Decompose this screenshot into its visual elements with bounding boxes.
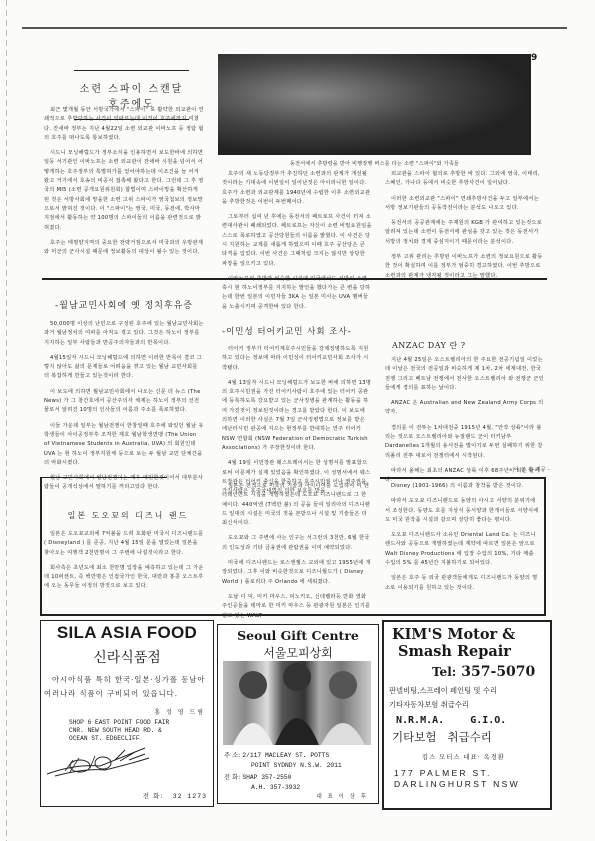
- seoul-title-ko: 서울모피상회: [218, 644, 378, 661]
- paragraph: 일본은 도오꾜교외에 7억불을 드려 호화판 미국식 디즈니랜드를( Disne…: [44, 530, 204, 558]
- seoul-owner: 대 표 이 상 후: [316, 792, 368, 800]
- paragraph: 이 보도에 의하면 월남교민사회에서 나오는 신문 더 뉴스 (The News…: [44, 388, 204, 416]
- disney-box-left: [40, 477, 42, 615]
- paragraph: 일본은 전적으로 미국의 기술과 아이디어를 도입하여 이 엔터테인먼트 시설을…: [222, 482, 372, 528]
- seoul-gift-centre-ad: Seoul Gift Centre 서울모피상회 주 소: 2/117 MACL…: [217, 624, 379, 804]
- paragraph: 4월 13일자 시드니 모닝해럴드가 보도한 바에 의하면 13명의 호주시민권…: [222, 379, 372, 453]
- three-women-photo-icon: [223, 661, 371, 745]
- seoul-address: 주 소: 2/117 MACLEAY ST. POTTS POINT SYDND…: [224, 751, 342, 793]
- photo-caption: 동전서에서 추방령을 받아 비행장행 버스를 타는 소련 "스파이"와 가족들: [290, 160, 540, 167]
- disney-box: [40, 477, 167, 478]
- paragraph: 호주는 태평양지역의 중요한 전략거점으로서 미국과의 우방관계와 미군의 군사…: [44, 239, 204, 258]
- turkish-article: 터어키 정부가 터어키계호주시민들을 강제징병하도록 지원하고 있다는 정보에 …: [222, 345, 372, 502]
- top-rule: [22, 27, 567, 29]
- anzac-byline: - 이 균 홍 제공 -: [480, 466, 550, 475]
- tel-number: 357-5070: [461, 664, 535, 680]
- newspaper-page: 9 소련 스파이 스캔달 호주에도 최근 몇개월 동안 서방국가에서 "스파이"…: [0, 0, 595, 841]
- disney-article-col2: 일본은 전적으로 미국의 기술과 아이디어를 도입하여 이 엔터테인먼트 시설을…: [222, 482, 372, 627]
- paragraph: 도오꾜와 그 주변에 사는 인구는 서그런의 3천만, 6월 한국의 인도성과 …: [222, 534, 372, 553]
- phone-number: 32 1273: [173, 793, 207, 800]
- address-line: CNR. NEW SOUTH HEAD RD. &: [69, 727, 213, 735]
- vegetables-illustration-icon: [45, 746, 155, 780]
- paragraph: 동전서의 공공관계에는 주재원의 KGB 가 관여하고 있는것으로 알려져 있는…: [385, 219, 545, 247]
- paragraph: 미국에 디즈니랜드는 로스앤젤스 교외에 있고 1955년에 개장되었다. 그후…: [222, 559, 372, 587]
- paragraph: 4월15일자 시드니 모닝해럴드에 의하면 이러한 반목이 결코 그렇지 않아도…: [44, 354, 204, 382]
- vietnam-article: 50,000명 이상의 난민으로 구성된 호주에 있는 월남교민사회는 과거 월…: [44, 320, 204, 499]
- paragraph: ANZAC 은 Australian and New Zealand Army …: [385, 399, 545, 418]
- address-line: POINT SYDNDY N.S.W. 2011: [251, 761, 342, 771]
- tel-label: Tel:: [432, 665, 456, 679]
- phone-label: 전 화:: [224, 774, 240, 781]
- spy-article-col3: 외교관을 스파이 혐의로 추방한 바 있다. 그외에 영국, 이태리, 스페인,…: [385, 170, 545, 287]
- kims-service1: 판넬비팅,스프레이 페인팅 및 수리: [389, 684, 546, 697]
- paragraph: Disney (1901-1966) 의 이름과 창작을 받은 것이다.: [385, 482, 540, 491]
- sila-title-ko: 신라식품점: [41, 647, 213, 667]
- kims-address: 177 PALMER ST. DARLINGHURST NSW: [394, 768, 550, 790]
- vietnam-headline: -월남교민사회에 옛 정치후유증: [44, 298, 204, 311]
- disney-headline: 일본 도오꾜의 디즈니 랜드: [48, 510, 208, 521]
- kims-service2: 기타자동차보험 취급수리: [389, 700, 550, 710]
- spy-photo: [218, 54, 531, 155]
- spy-article-col1: 최근 몇개월 동안 서방국가에서 "스파이" 로 활약한 외교관이 연쇄적으로 …: [44, 106, 204, 263]
- paragraph: 경의를 이 전투는 1차대전중 1915년 4월, "안작 상륙"이라 불리는 …: [385, 424, 545, 461]
- address-line: DARLINGHURST NSW: [394, 779, 550, 790]
- spy-article-col2: 호주의 새 노동당정부가 추진하던 소련과의 관계가 개선될것이라는 기대속에 …: [222, 170, 372, 290]
- kims-owner: 킴스 모터스 대표· 옥경환: [422, 752, 550, 761]
- paragraph: 외교관을 스파이 혐의로 추방한 바 있다. 그외에 영국, 이태리, 스페인,…: [385, 170, 545, 189]
- sila-asia-food-ad: SILA ASIA FOOD 신라식품점 아시아식품 특히 한국·일본·싱가폴 …: [40, 620, 214, 807]
- paragraph: 지난 4월 25일은 오스트렐리아의 한 주요한 전공기념일 이었는데 이날은 …: [385, 356, 545, 393]
- kims-title-line1: KIM'S Motor &: [392, 626, 550, 643]
- paragraph: 터어키 정부가 터어키계호주시민들을 강제징병하도록 지원하고 있다는 정보에 …: [222, 345, 372, 373]
- paragraph: 50,000명 이상의 난민으로 구성된 호주에 있는 월남교민사회는 과거 월…: [44, 320, 204, 348]
- phone-shop: SHAP 357-2550: [242, 774, 291, 781]
- turkish-headline: -이민성 터어키교민 사회 조사-: [222, 325, 372, 337]
- address-line: SHOP 6 EAST POINT FOOD FAIR: [69, 719, 213, 727]
- headline-rule-top: [74, 70, 189, 71]
- phone-label: 전 화:: [143, 792, 164, 800]
- seoul-title-en: Seoul Gift Centre: [218, 628, 378, 643]
- disney-box-right: [544, 477, 546, 615]
- disney-box-top-right: [380, 477, 546, 479]
- paragraph: 회사측은 초년도에 최소 천만명 입장을 예측하고 있는데 그 가운데 10퍼센…: [44, 564, 204, 592]
- paragraph: 따라서 도오꾜 디즈니랜드로 동양의 아시고 서양의 분위기에서 조성한다. 동…: [385, 497, 540, 525]
- kims-tel: Tel: 357-5070: [432, 661, 550, 680]
- paragraph: 이러한 소련외교관 "스파이" 연쇄추방사건을 두고 일부에서는 서방 정보기관…: [385, 195, 545, 214]
- kims-motor-ad: KIM'S Motor & Smash Repair Tel: 357-5070…: [382, 620, 552, 810]
- kims-insurers: N.R.M.A. G.I.O.: [396, 715, 550, 726]
- address-line: 2/117 MACLEAY ST. POTTS: [242, 752, 329, 759]
- paragraph: 도날 디 덕, 미키 마우스, 피노키오, 신데렐라등 만화 영화 주인공들을 …: [222, 593, 372, 621]
- vietnam-continuation: 혹시 현 하노이정부를 지지하는 발언을 했다가는 큰 변을 당하는데 한번 일…: [222, 284, 372, 312]
- address-label: 주 소:: [224, 752, 240, 759]
- paragraph: 도오꾜 디즈니랜드사 소유인 Oriental Land Co. 는 디즈니 랜…: [385, 531, 540, 568]
- section-divider: [42, 278, 547, 280]
- insurer-nrma: N.R.M.A.: [396, 715, 444, 726]
- kims-title-line2: Smash Repair: [398, 643, 550, 660]
- sila-body: 아시아식품 특히 한국·일본·싱가폴 동남아 여러나라 식품이 구비되어 있읍니…: [44, 673, 211, 701]
- paragraph: 정부 고위 관리는 추방된 이바노프가 소련의 정보요원으로 활동한 것이 확실…: [385, 253, 545, 281]
- insurer-gio: G.I.O.: [470, 715, 506, 726]
- sila-owner: 홍 성 영 드림: [41, 707, 205, 716]
- address-line: OCEAN ST. EDGECLIFF: [69, 735, 213, 743]
- disney-article-col3: Disney (1901-1966) 의 이름과 창작을 받은 것이다. 따라서…: [385, 482, 540, 599]
- paragraph: 이들 가운데 일부는 월남전쟁이 한창일때 호주에 와있던 월남 유학생들이 사…: [44, 422, 204, 468]
- paragraph: 시드니 모닝해럴드가 정부소식을 인용하면서 보도한바에 의하면 일등 서기관인…: [44, 149, 204, 233]
- page-number: 9: [531, 53, 537, 63]
- paragraph: 호주의 새 노동당정부가 추진하던 소련과의 관계가 개선될것이라는 기대속에 …: [222, 170, 372, 207]
- sila-title-en: SILA ASIA FOOD: [41, 623, 213, 643]
- paragraph: 그로부터 십여 년 후에는 동전서의 페트로프 사건이 터져 소련대사관이 폐쇄…: [222, 213, 372, 269]
- anzac-headline: ANZAC DAY 란 ?: [392, 340, 532, 351]
- paragraph: 일본은 호주 등 외국 관광객들에게도 디즈니랜드가 동양의 명소로 이용되기를…: [385, 574, 540, 593]
- kims-service3: 기타보험 취급수리: [392, 729, 550, 745]
- disney-article-col1: 일본은 도오꾜교외에 7억불을 드려 호화판 미국식 디즈니랜드를( Disne…: [44, 530, 204, 598]
- paragraph: 최근 몇개월 동안 서방국가에서 "스파이" 로 활약한 외교관이 연쇄적으로 …: [44, 106, 204, 143]
- sila-address: SHOP 6 EAST POINT FOOD FAIR CNR. NEW SOU…: [69, 719, 213, 743]
- scan-edge: [6, 0, 7, 841]
- seoul-photo: [223, 661, 371, 745]
- address-line: 177 PALMER ST.: [394, 768, 550, 779]
- sila-phone: 전 화: 32 1273: [143, 791, 207, 800]
